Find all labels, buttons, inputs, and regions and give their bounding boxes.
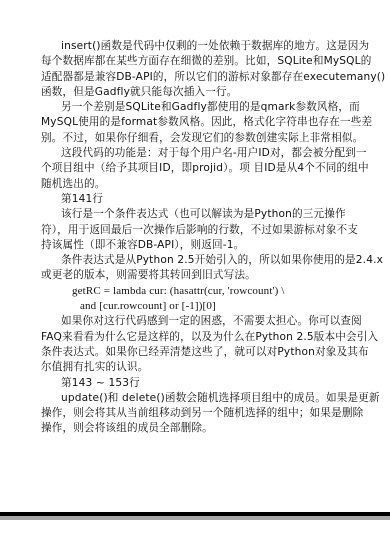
paragraph-line: 适配器都是兼容DB-API的，所以它们的游标对象都存在executemany() <box>41 70 341 85</box>
paragraph-line: 条件表达式。如果你已经弄清楚这些了，就可以对Python对象及其布 <box>41 345 341 360</box>
paragraph-line: 这段代码的功能是：对于每个用户名-用户ID对，都会被分配到一 <box>41 146 341 161</box>
paragraph-line: 尔值拥有扎实的认识。 <box>41 360 341 375</box>
paragraph-line: 每个数据库都在某些方面存在细微的差别。比如，SQLite和MySQL的 <box>41 54 341 69</box>
paragraph-line: 持该属性（即不兼容DB-API），则返回-1。 <box>41 238 341 253</box>
section-heading: 第143 ~ 153行 <box>41 376 341 391</box>
paragraph-line: 个项目组中（给予其项目ID，即projid）。项 目ID是从4个不同的组中 <box>41 161 341 176</box>
paragraph-line: MySQL使用的是format参数风格。因此，格式化字符串也存在一些差 <box>41 115 341 130</box>
paragraph-line: 条件表达式是从Python 2.5开始引入的，所以如果你使用的是2.4.x <box>41 253 341 268</box>
section-heading: 第141行 <box>41 192 341 207</box>
paragraph-line: insert()函数是代码中仅剩的一处依赖于数据库的地方。这是因为 <box>41 39 341 54</box>
footer-rule-grey <box>0 516 390 520</box>
paragraph-line: 另一个差别是SQLite和Gadfly都使用的是qmark参数风格，而 <box>41 100 341 115</box>
paragraph-line: 操作，则会将该组的成员全部删除。 <box>41 421 341 436</box>
paragraph-line: update()和 delete()函数会随机选择项目组中的成员。如果是更新 <box>41 391 341 406</box>
paragraph-line: 随机选出的。 <box>41 177 341 192</box>
document-page: insert()函数是代码中仅剩的一处依赖于数据库的地方。这是因为 每个数据库都… <box>41 39 341 437</box>
paragraph-line: 函数，但是Gadfly就只能每次插入一行。 <box>41 85 341 100</box>
paragraph-line: 如果你对这行代码感到一定的困惑，不需要太担心。你可以查阅 <box>41 314 341 329</box>
code-line: getRC = lambda cur: (hasattr(cur, 'rowco… <box>41 284 341 299</box>
paragraph-line: 该行是一个条件表达式（也可以解读为是Python的三元操作 <box>41 207 341 222</box>
paragraph-line: 别。不过，如果你仔细看，会发现它们的参数创建实际上非常相似。 <box>41 131 341 146</box>
paragraph-line: 或更老的版本，则需要将其转回到旧式写法。 <box>41 268 341 283</box>
paragraph-line: FAQ来看看为什么它是这样的，以及为什么在Python 2.5版本中会引入 <box>41 330 341 345</box>
paragraph-line: 符），用于返回最后一次操作后影响的行数，不过如果游标对象不支 <box>41 223 341 238</box>
code-line: and [cur.rowcount] or [-1])[0] <box>41 299 341 314</box>
paragraph-line: 操作，则会将其从当前组移动到另一个随机选择的组中；如果是删除 <box>41 406 341 421</box>
